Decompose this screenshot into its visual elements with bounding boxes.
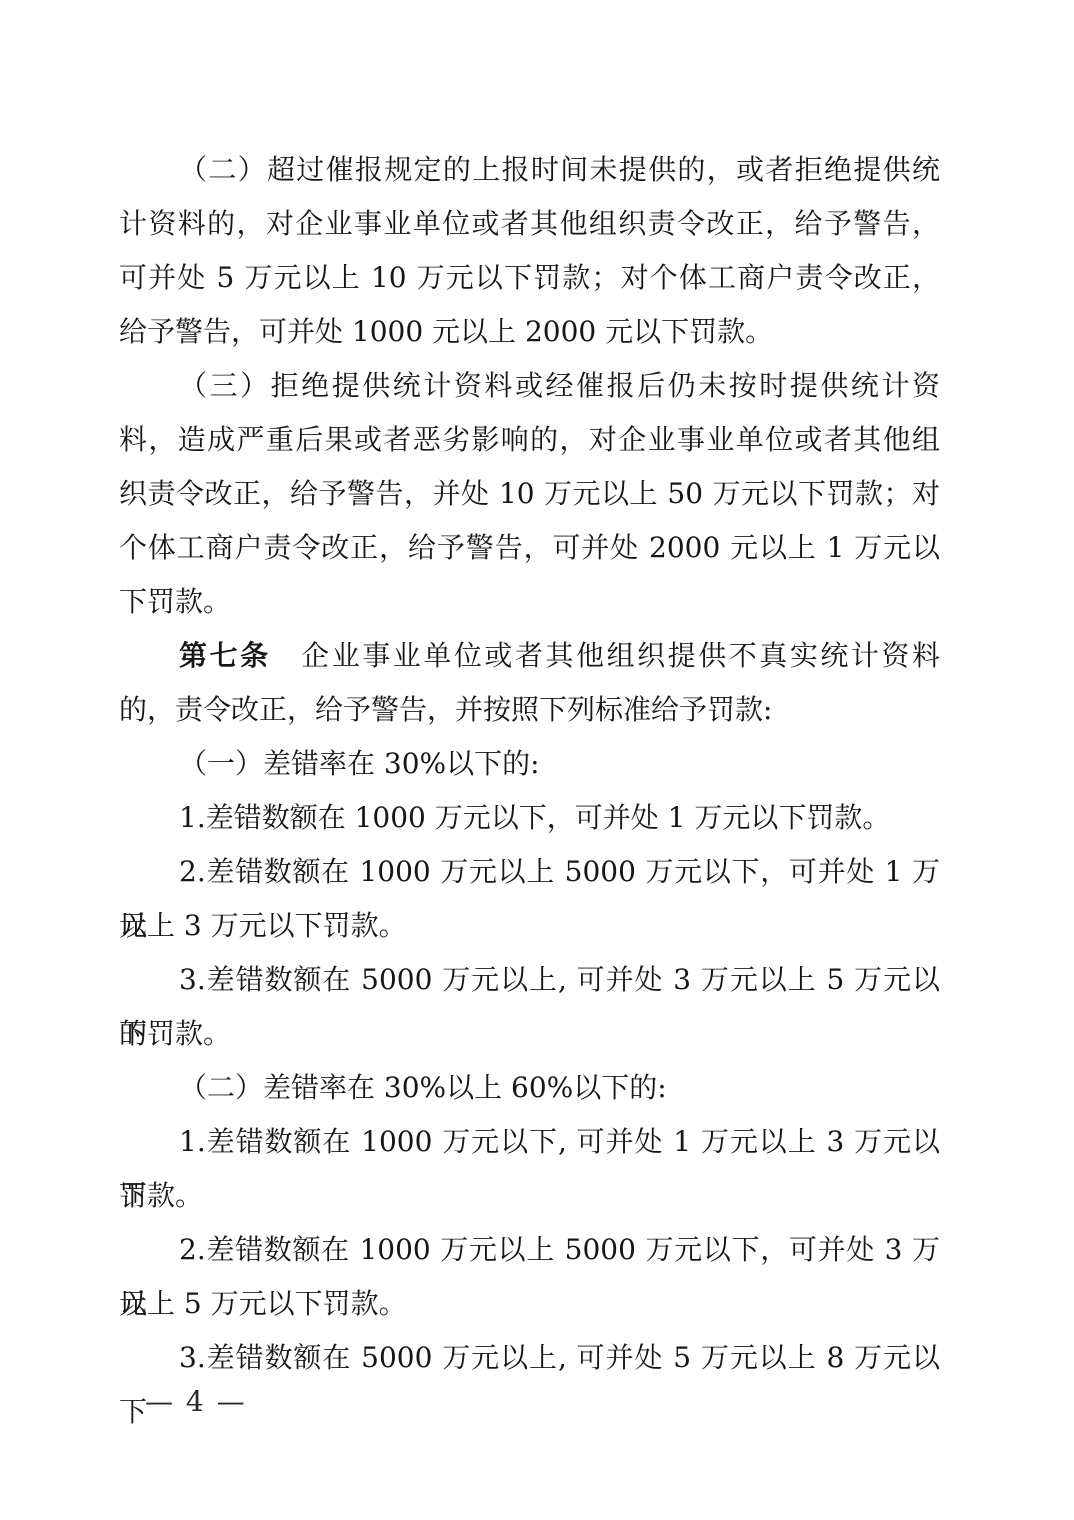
text-line: 3.差错数额在 5000 万元以上, 可并处 5 万元以上 8 万元以下	[119, 1331, 940, 1385]
paragraph-subitem-2: （二）差错率在 30%以上 60%以下的:	[119, 1061, 940, 1115]
text-line: 个体工商户责令改正，给予警告，可并处 2000 元以上 1 万元以	[119, 521, 940, 575]
text-line: 的罚款。	[119, 1007, 940, 1061]
paragraph-clause-2: 2.差错数额在 1000 万元以上 5000 万元以下，可并处 1 万元 以上 …	[119, 845, 940, 953]
text-line: 第七条 企业事业单位或者其他组织提供不真实统计资料	[119, 629, 940, 683]
paragraph-item-2: （二）超过催报规定的上报时间未提供的，或者拒绝提供统 计资料的，对企业事业单位或…	[119, 143, 940, 359]
text-line: 以上 5 万元以下罚款。	[119, 1277, 940, 1331]
text-line: 1.差错数额在 1000 万元以下, 可并处 1 万元以上 3 万元以下	[119, 1115, 940, 1169]
page-number: — 4 —	[145, 1384, 247, 1420]
article-number-label: 第七条	[179, 639, 271, 672]
article-text: 企业事业单位或者其他组织提供不真实统计资料	[271, 639, 940, 672]
text-line: 的，责令改正，给予警告，并按照下列标准给予罚款:	[119, 683, 940, 737]
text-line: 2.差错数额在 1000 万元以上 5000 万元以下，可并处 3 万元	[119, 1223, 940, 1277]
text-line: 织责令改正，给予警告，并处 10 万元以上 50 万元以下罚款；对	[119, 467, 940, 521]
paragraph-clause-3: 3.差错数额在 5000 万元以上, 可并处 3 万元以上 5 万元以下 的罚款…	[119, 953, 940, 1061]
text-line: 给予警告，可并处 1000 元以上 2000 元以下罚款。	[119, 305, 940, 359]
document-body: （二）超过催报规定的上报时间未提供的，或者拒绝提供统 计资料的，对企业事业单位或…	[119, 143, 940, 1385]
text-line: （三）拒绝提供统计资料或经催报后仍未按时提供统计资	[119, 359, 940, 413]
paragraph-item-3: （三）拒绝提供统计资料或经催报后仍未按时提供统计资 料，造成严重后果或者恶劣影响…	[119, 359, 940, 629]
paragraph-clause-1: 1.差错数额在 1000 万元以下，可并处 1 万元以下罚款。	[119, 791, 940, 845]
paragraph-clause-6: 3.差错数额在 5000 万元以上, 可并处 5 万元以上 8 万元以下	[119, 1331, 940, 1385]
paragraph-clause-4: 1.差错数额在 1000 万元以下, 可并处 1 万元以上 3 万元以下 罚款。	[119, 1115, 940, 1223]
text-line: 计资料的，对企业事业单位或者其他组织责令改正，给予警告，	[119, 197, 940, 251]
paragraph-article-7: 第七条 企业事业单位或者其他组织提供不真实统计资料 的，责令改正，给予警告，并按…	[119, 629, 940, 737]
text-line: （二）超过催报规定的上报时间未提供的，或者拒绝提供统	[119, 143, 940, 197]
text-line: 1.差错数额在 1000 万元以下，可并处 1 万元以下罚款。	[119, 791, 940, 845]
text-line: 以上 3 万元以下罚款。	[119, 899, 940, 953]
text-line: 下罚款。	[119, 575, 940, 629]
text-line: 罚款。	[119, 1169, 940, 1223]
text-line: （一）差错率在 30%以下的:	[119, 737, 940, 791]
text-line: （二）差错率在 30%以上 60%以下的:	[119, 1061, 940, 1115]
text-line: 2.差错数额在 1000 万元以上 5000 万元以下，可并处 1 万元	[119, 845, 940, 899]
paragraph-clause-5: 2.差错数额在 1000 万元以上 5000 万元以下，可并处 3 万元 以上 …	[119, 1223, 940, 1331]
text-line: 3.差错数额在 5000 万元以上, 可并处 3 万元以上 5 万元以下	[119, 953, 940, 1007]
text-line: 料，造成严重后果或者恶劣影响的，对企业事业单位或者其他组	[119, 413, 940, 467]
text-line: 可并处 5 万元以上 10 万元以下罚款；对个体工商户责令改正，	[119, 251, 940, 305]
paragraph-subitem-1: （一）差错率在 30%以下的:	[119, 737, 940, 791]
